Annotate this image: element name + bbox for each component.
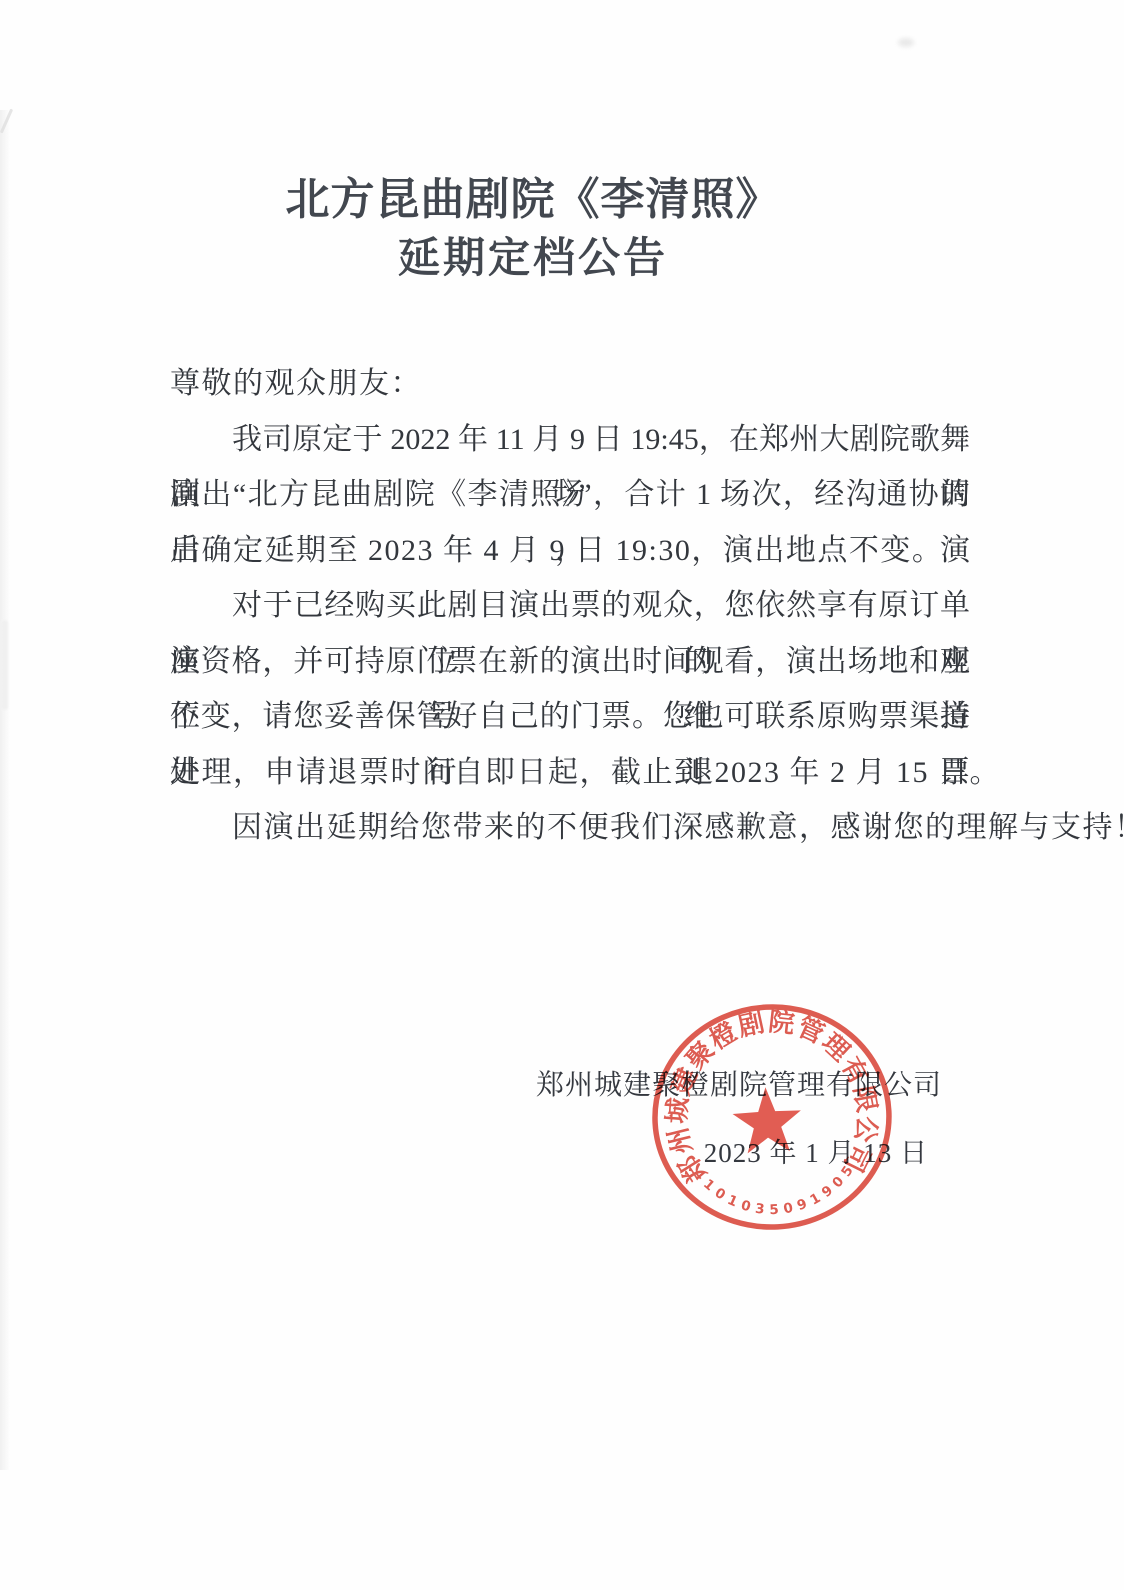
title-line-1: 北方昆曲剧院《李清照》 <box>0 172 1066 228</box>
body-line: 不变，请您妥善保管好自己的门票。您也可联系原购票渠道进行退票 <box>170 689 970 745</box>
announcement-body: 尊敬的观众朋友： 我司原定于 2022 年 11 月 9 日 19:45，在郑州… <box>170 356 970 856</box>
body-line: 演出“北方昆曲剧院《李清照》”，合计 1 场次，经沟通协调后，演 <box>170 467 970 523</box>
body-line: 因演出延期给您带来的不便我们深感歉意，感谢您的理解与支持！ <box>170 800 970 856</box>
company-seal-stamp: 郑州城建聚橙剧院管理有限公司 4101035091905 <box>636 988 908 1246</box>
body-line: 演资格，并可持原门票在新的演出时间观看，演出场地和座位号维持 <box>170 634 970 690</box>
title-line-2: 延期定档公告 <box>0 231 1066 287</box>
scan-edge-streak <box>0 110 10 1470</box>
scanned-announcement-page: 北方昆曲剧院《李清照》 延期定档公告 尊敬的观众朋友： 我司原定于 2022 年… <box>0 0 1124 1590</box>
star-icon <box>731 1086 803 1155</box>
body-line: 处理，申请退票时间自即日起，截止到 2023 年 2 月 15 日。 <box>170 745 970 801</box>
seal-ring-text: 郑州城建聚橙剧院管理有限公司 <box>656 1001 885 1189</box>
scan-smudge <box>898 38 914 47</box>
body-line: 我司原定于 2022 年 11 月 9 日 19:45，在郑州大剧院歌舞剧场的 <box>170 412 970 468</box>
scan-smudge <box>2 620 8 710</box>
body-line: 对于已经购买此剧目演出票的观众，您依然享有原订单座位的观 <box>170 578 970 634</box>
body-line: 出确定延期至 2023 年 4 月 9 日 19:30，演出地点不变。 <box>170 523 970 579</box>
document-title: 北方昆曲剧院《李清照》 延期定档公告 <box>0 172 1066 287</box>
greeting-line: 尊敬的观众朋友： <box>170 356 970 412</box>
